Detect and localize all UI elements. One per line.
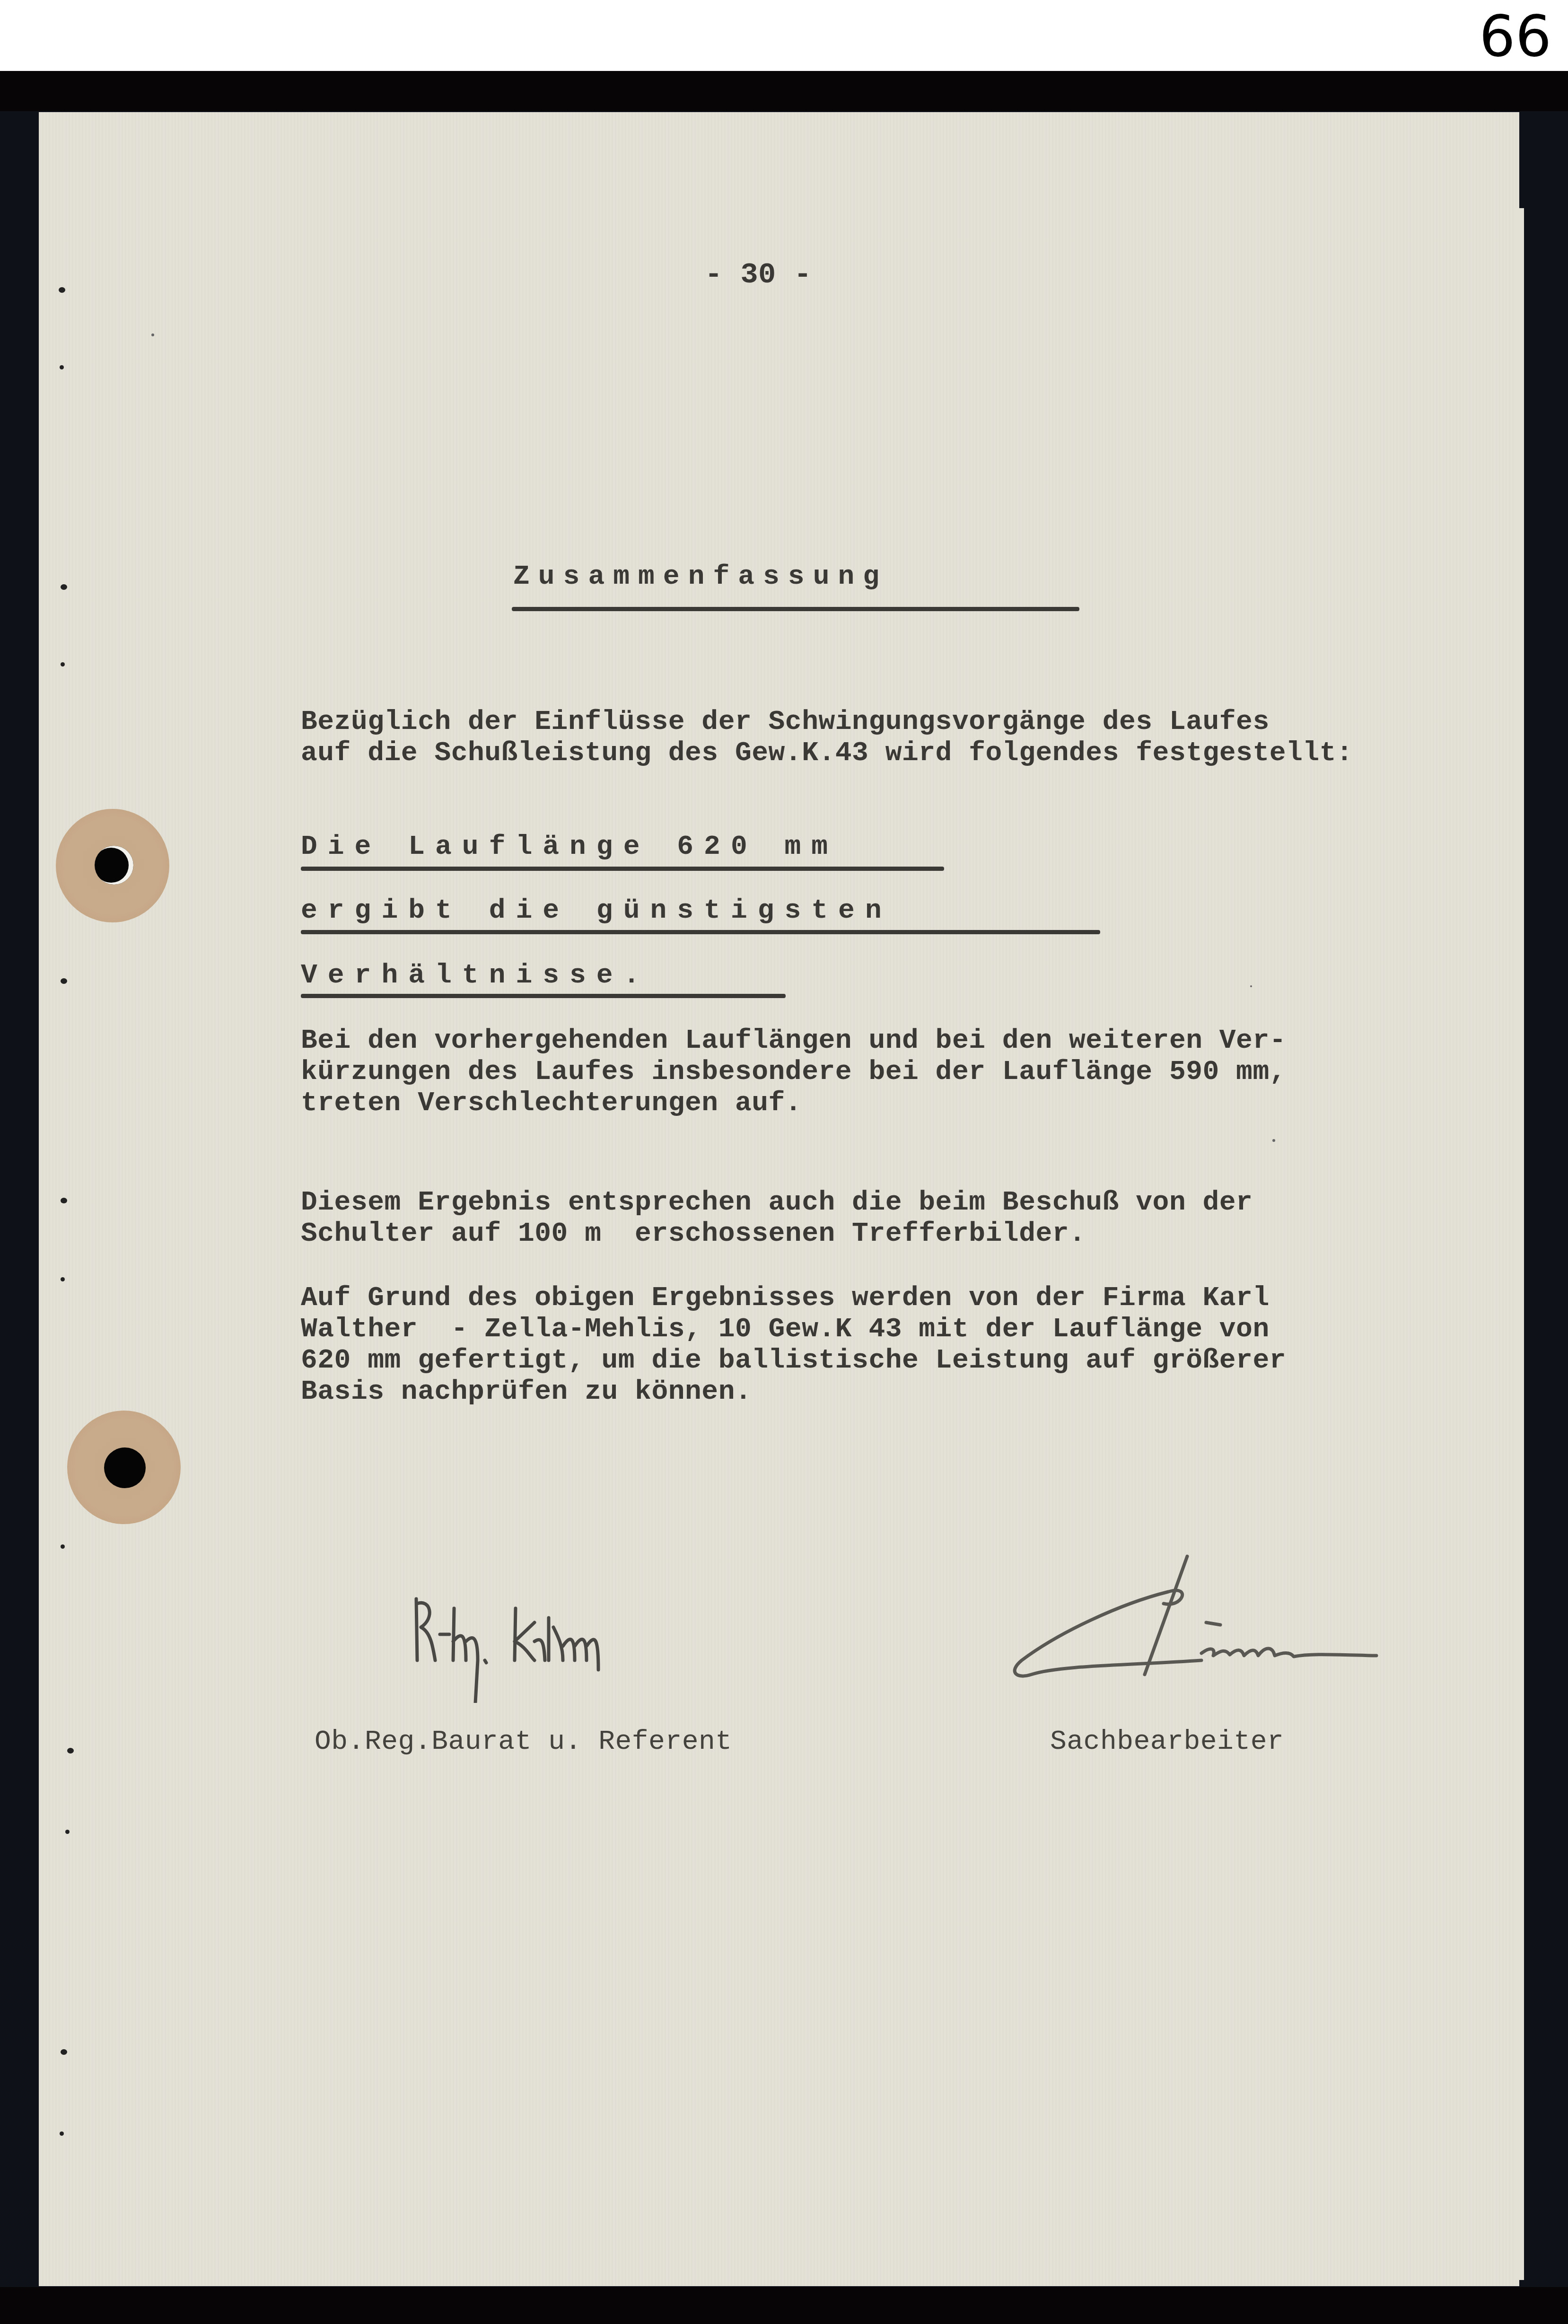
section-heading: Zusammenfassung xyxy=(513,561,888,592)
margin-dot xyxy=(61,978,67,984)
margin-dot xyxy=(59,287,65,293)
signatory-title-sachbearbeiter: Sachbearbeiter xyxy=(1050,1727,1284,1757)
scan-background-top xyxy=(0,71,1568,111)
emphasis-underline xyxy=(301,994,786,998)
text-line: Bei den vorhergehenden Lauflängen und be… xyxy=(301,1026,1286,1056)
archive-sheet-number: 66 xyxy=(1479,4,1551,70)
emphasis-line-1: Die Lauflänge 620 mm xyxy=(301,832,838,862)
margin-dot xyxy=(60,2131,64,2136)
text-line: 620 mm gefertigt, um die ballistische Le… xyxy=(301,1345,1286,1376)
margin-dot xyxy=(61,1198,67,1203)
margin-dot xyxy=(61,584,67,590)
paper-speck xyxy=(1250,985,1252,987)
margin-dot xyxy=(61,1277,65,1281)
text-line: Basis nachprüfen zu können. xyxy=(301,1377,752,1407)
paragraph-walther-order: Auf Grund des obigen Ergebnisses werden … xyxy=(301,1283,1286,1408)
archive-header: 66 xyxy=(0,0,1568,71)
margin-dot xyxy=(65,1830,70,1834)
paper-speck xyxy=(1272,1139,1275,1142)
page-marker: - 30 - xyxy=(705,258,812,291)
page-edge xyxy=(1514,208,1524,2280)
text-line: Diesem Ergebnis entsprechen auch die bei… xyxy=(301,1187,1253,1218)
text-line: auf die Schußleistung des Gew.K.43 wird … xyxy=(301,738,1353,769)
emphasis-underline xyxy=(301,930,1100,934)
heading-underline xyxy=(512,607,1079,611)
margin-dot xyxy=(67,1748,74,1754)
reinforcement-ring-upper xyxy=(56,809,169,922)
emphasis-underline xyxy=(301,867,944,871)
paper-speck xyxy=(151,333,154,336)
paragraph-length-comparison: Bei den vorhergehenden Lauflängen und be… xyxy=(301,1026,1286,1119)
text-line: Auf Grund des obigen Ergebnisses werden … xyxy=(301,1283,1270,1314)
text-line: Bezüglich der Einflüsse der Schwingungsv… xyxy=(301,707,1270,737)
signature-referent xyxy=(407,1589,785,1703)
intro-paragraph: Bezüglich der Einflüsse der Schwingungsv… xyxy=(301,707,1353,769)
text-line: treten Verschlechterungen auf. xyxy=(301,1088,802,1119)
punch-hole xyxy=(95,846,133,885)
emphasis-line-3: Verhältnisse. xyxy=(301,960,650,991)
reinforcement-ring-lower xyxy=(67,1411,181,1524)
signature-sachbearbeiter xyxy=(1003,1547,1438,1689)
paragraph-shot-patterns: Diesem Ergebnis entsprechen auch die bei… xyxy=(301,1187,1253,1250)
margin-dot xyxy=(61,2049,67,2055)
text-line: Walther - Zella-Mehlis, 10 Gew.K 43 mit … xyxy=(301,1314,1270,1345)
margin-dot xyxy=(60,365,64,369)
text-line: Schulter auf 100 m erschossenen Trefferb… xyxy=(301,1219,1086,1249)
margin-dot xyxy=(61,1544,65,1549)
emphasis-line-2: ergibt die günstigsten xyxy=(301,895,892,926)
margin-dot xyxy=(61,662,65,667)
scan-background-bottom xyxy=(0,2287,1568,2324)
punch-hole xyxy=(104,1447,146,1488)
text-line: kürzungen des Laufes insbesondere bei de… xyxy=(301,1057,1286,1087)
signatory-title-referent: Ob.Reg.Baurat u. Referent xyxy=(315,1727,732,1757)
